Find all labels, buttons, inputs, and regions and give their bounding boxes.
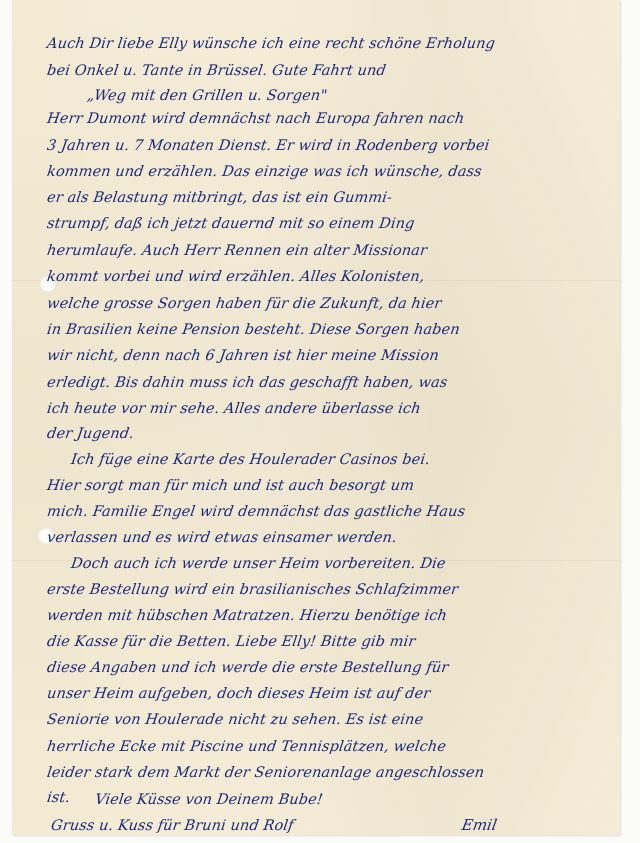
- letter-line: ich heute vor mir sehe. Alles andere übe…: [46, 401, 422, 417]
- letter-line: wir nicht, denn nach 6 Jahren ist hier m…: [46, 348, 440, 364]
- letter-line: der Jugend.: [46, 426, 135, 442]
- letter-line: kommen und erzählen. Das einzige was ich…: [46, 164, 483, 180]
- letter-line: herrliche Ecke mit Piscine und Tennisplä…: [46, 739, 447, 755]
- letter-line: 3 Jahren u. 7 Monaten Dienst. Er wird in…: [46, 138, 490, 154]
- letter-line: Auch Dir liebe Elly wünsche ich eine rec…: [46, 36, 496, 52]
- letter-line: Doch auch ich werde unser Heim vorbereit…: [46, 556, 447, 572]
- letter-line: die Kasse für die Betten. Liebe Elly! Bi…: [46, 634, 416, 650]
- letter-line: herumlaufe. Auch Herr Rennen ein alter M…: [46, 243, 428, 259]
- letter-line: mich. Familie Engel wird demnächst das g…: [46, 504, 466, 520]
- letter-line: diese Angaben und ich werde die erste Be…: [46, 660, 449, 676]
- closing-line: Viele Küsse von Deinem Bube!: [70, 792, 324, 808]
- signature: Emil: [460, 816, 498, 834]
- closing-greeting: Gruss u. Kuss für Bruni und Rolf: [50, 818, 295, 834]
- letter-line: in Brasilien keine Pension besteht. Dies…: [46, 322, 461, 338]
- letter-line: erste Bestellung wird ein brasilianische…: [46, 582, 459, 598]
- letter-line: strumpf, daß ich jetzt dauernd mit so ei…: [46, 216, 416, 232]
- letter-line: werden mit hübschen Matratzen. Hierzu be…: [46, 608, 448, 624]
- letter-line: Herr Dumont wird demnächst nach Europa f…: [46, 111, 465, 127]
- letter-line: „Weg mit den Grillen u. Sorgen": [46, 88, 328, 104]
- letter-line: Hier sorgt man für mich und ist auch bes…: [46, 478, 415, 494]
- letter-line: erledigt. Bis dahin muss ich das geschaf…: [46, 375, 448, 391]
- letter-line: bei Onkel u. Tante in Brüssel. Gute Fahr…: [46, 63, 387, 79]
- letter-line: unser Heim aufgeben, doch dieses Heim is…: [46, 686, 431, 702]
- letter-line: ist.: [46, 790, 71, 806]
- letter-line: Seniorie von Houlerade nicht zu sehen. E…: [46, 712, 424, 728]
- letter-line: leider stark dem Markt der Seniorenanlag…: [46, 765, 485, 781]
- letter-line: Ich füge eine Karte des Houlerader Casin…: [46, 452, 431, 468]
- letter-line: verlassen und es wird etwas einsamer wer…: [46, 530, 398, 546]
- letter-line: welche grosse Sorgen haben für die Zukun…: [46, 296, 443, 312]
- letter-line: er als Belastung mitbringt, das ist ein …: [46, 190, 393, 206]
- letter-line: kommt vorbei und wird erzählen. Alles Ko…: [46, 269, 426, 285]
